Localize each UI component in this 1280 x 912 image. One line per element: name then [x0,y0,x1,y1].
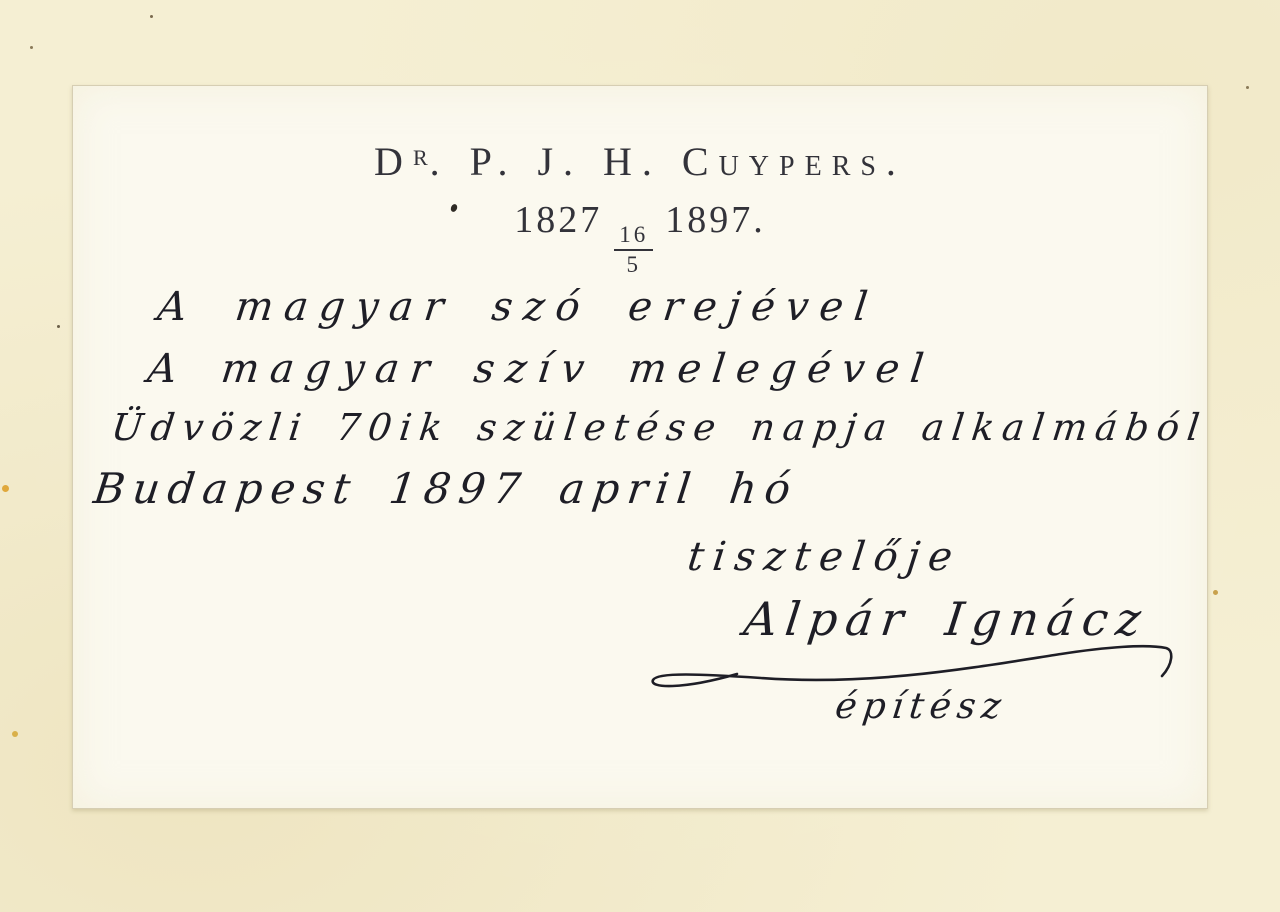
paper-speck [30,46,33,49]
paper-speck [2,485,9,492]
printed-date-line: 18271651897. [73,198,1207,277]
date-fraction: 165 [614,223,653,277]
handwritten-line-3: Üdvözli 70ik születése napja alkalmából [109,406,1210,449]
paper-speck [1246,86,1249,89]
handwritten-date-line: Budapest 1897 april hó [91,464,801,513]
signature-title: építész [833,686,1009,727]
date-fraction-denominator: 5 [627,251,642,277]
date-fraction-numerator: 16 [614,223,653,251]
handwritten-line-1: A magyar szó erejével [155,284,881,330]
printed-name-line: DR. P. J. H. Cuypers. [73,138,1207,185]
paper-speck [1213,590,1218,595]
paper-speck [12,731,18,737]
doctor-abbrev: D [374,139,413,184]
printed-name-text: . P. J. H. Cuypers. [430,139,906,184]
birth-year: 1827 [514,199,602,241]
document-card: DR. P. J. H. Cuypers. 18271651897. A mag… [72,85,1208,809]
paper-speck [150,15,153,18]
handwritten-line-2: A magyar szív melegével [145,346,937,392]
handwritten-closing: tisztelője [685,534,964,580]
death-year: 1897. [665,199,766,241]
doctor-abbrev-superscript: R [413,145,430,170]
paper-speck [57,325,60,328]
